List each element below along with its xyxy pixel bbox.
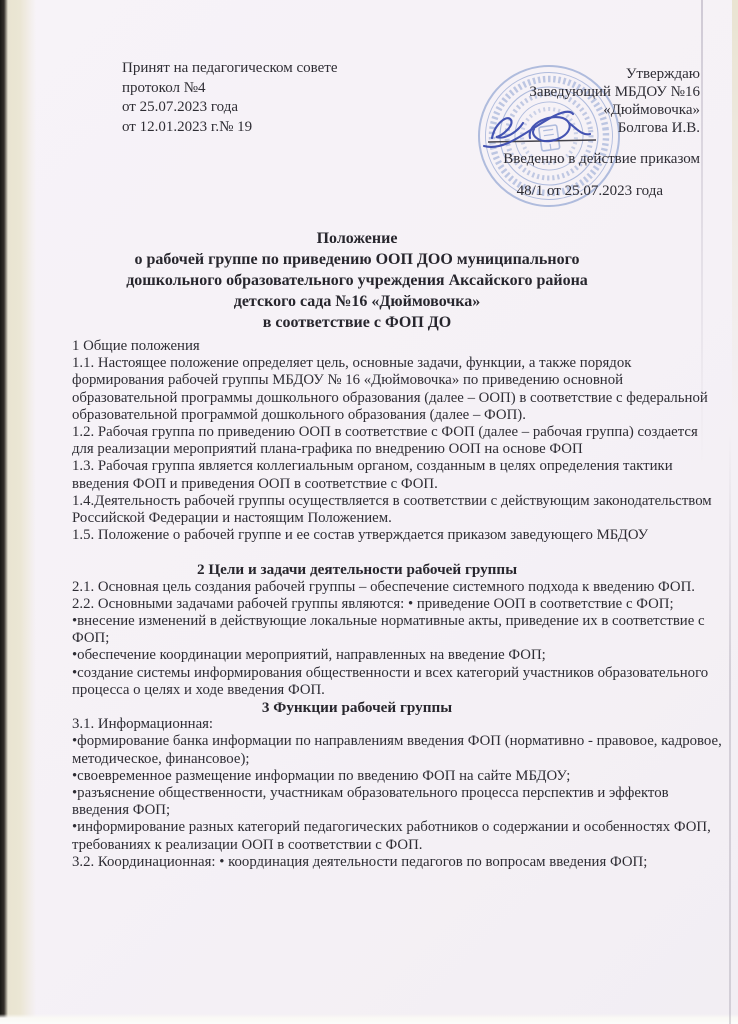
paragraph: 1.4.Деятельность рабочей группы осуществ…	[72, 493, 722, 527]
accepted-block: Принят на педагогическом советепротокол …	[122, 56, 338, 137]
section-heading: 1 Общие положения	[72, 338, 722, 355]
section-heading: 2 Цели и задачи деятельности рабочей гру…	[72, 561, 642, 578]
section: 3 Функции рабочей группы3.1. Информацион…	[72, 699, 722, 871]
scan-edge-left	[0, 0, 36, 1024]
paper-edge-line	[729, 430, 731, 1024]
paragraph: 1.5. Положение о рабочей группе и ее сос…	[72, 527, 722, 544]
document-body: 1 Общие положения1.1. Настоящее положени…	[72, 338, 722, 871]
page-content: Принят на педагогическом советепротокол …	[72, 56, 722, 871]
accepted-line: от 12.01.2023 г.№ 19	[122, 118, 338, 138]
paragraph: •разъяснение общественности, участникам …	[72, 785, 722, 819]
accepted-line: Принят на педагогическом совете	[122, 59, 338, 79]
paragraph: 3.1. Информационная:	[72, 716, 722, 733]
paragraph: •формирование банка информации по направ…	[72, 733, 722, 767]
approve-label: Утверждаю	[503, 65, 700, 83]
title-line: детского сада №16 «Дюймовочка»	[72, 291, 642, 312]
paragraph: 1.1. Настоящее положение определяет цель…	[72, 355, 722, 424]
header-row: Принят на педагогическом советепротокол …	[72, 56, 722, 200]
signature-icon	[478, 94, 618, 156]
section-heading: 3 Функции рабочей группы	[72, 699, 642, 716]
section: 2 Цели и задачи деятельности рабочей гру…	[72, 561, 722, 699]
accepted-line: от 25.07.2023 года	[122, 98, 338, 118]
order-reference: 48/1 от 25.07.2023 года	[503, 182, 663, 200]
paragraph: 1.3. Рабочая группа является коллегиальн…	[72, 458, 722, 492]
paragraph: •создание системы информирования обществ…	[72, 665, 722, 699]
title-line: в соответствие с ФОП ДО	[72, 312, 642, 333]
scanned-document-page: Принят на педагогическом советепротокол …	[0, 0, 738, 1024]
scan-edge-right	[732, 0, 738, 430]
document-title: Положениео рабочей группе по приведению …	[72, 228, 642, 333]
title-line: дошкольного образовательного учреждения …	[72, 270, 642, 291]
title-line: Положение	[72, 228, 642, 249]
paragraph: •обеспечение координации мероприятий, на…	[72, 647, 722, 664]
paragraph: •своевременное размещение информации по …	[72, 768, 722, 785]
paragraph: 3.2. Координационная: • координация деят…	[72, 854, 722, 871]
section: 1 Общие положения1.1. Настоящее положени…	[72, 338, 722, 544]
scan-edge-bottom	[0, 1014, 738, 1024]
paragraph: 1.2. Рабочая группа по приведению ООП в …	[72, 424, 722, 458]
paragraph: •внесение изменений в действующие локаль…	[72, 613, 722, 647]
accepted-line: протокол №4	[122, 79, 338, 99]
paragraph: •информирование разных категорий педагог…	[72, 819, 722, 853]
title-line: о рабочей группе по приведению ООП ДОО м…	[72, 249, 642, 270]
paragraph: 2.1. Основная цель создания рабочей груп…	[72, 579, 722, 596]
paragraph: 2.2. Основными задачами рабочей группы я…	[72, 596, 722, 613]
